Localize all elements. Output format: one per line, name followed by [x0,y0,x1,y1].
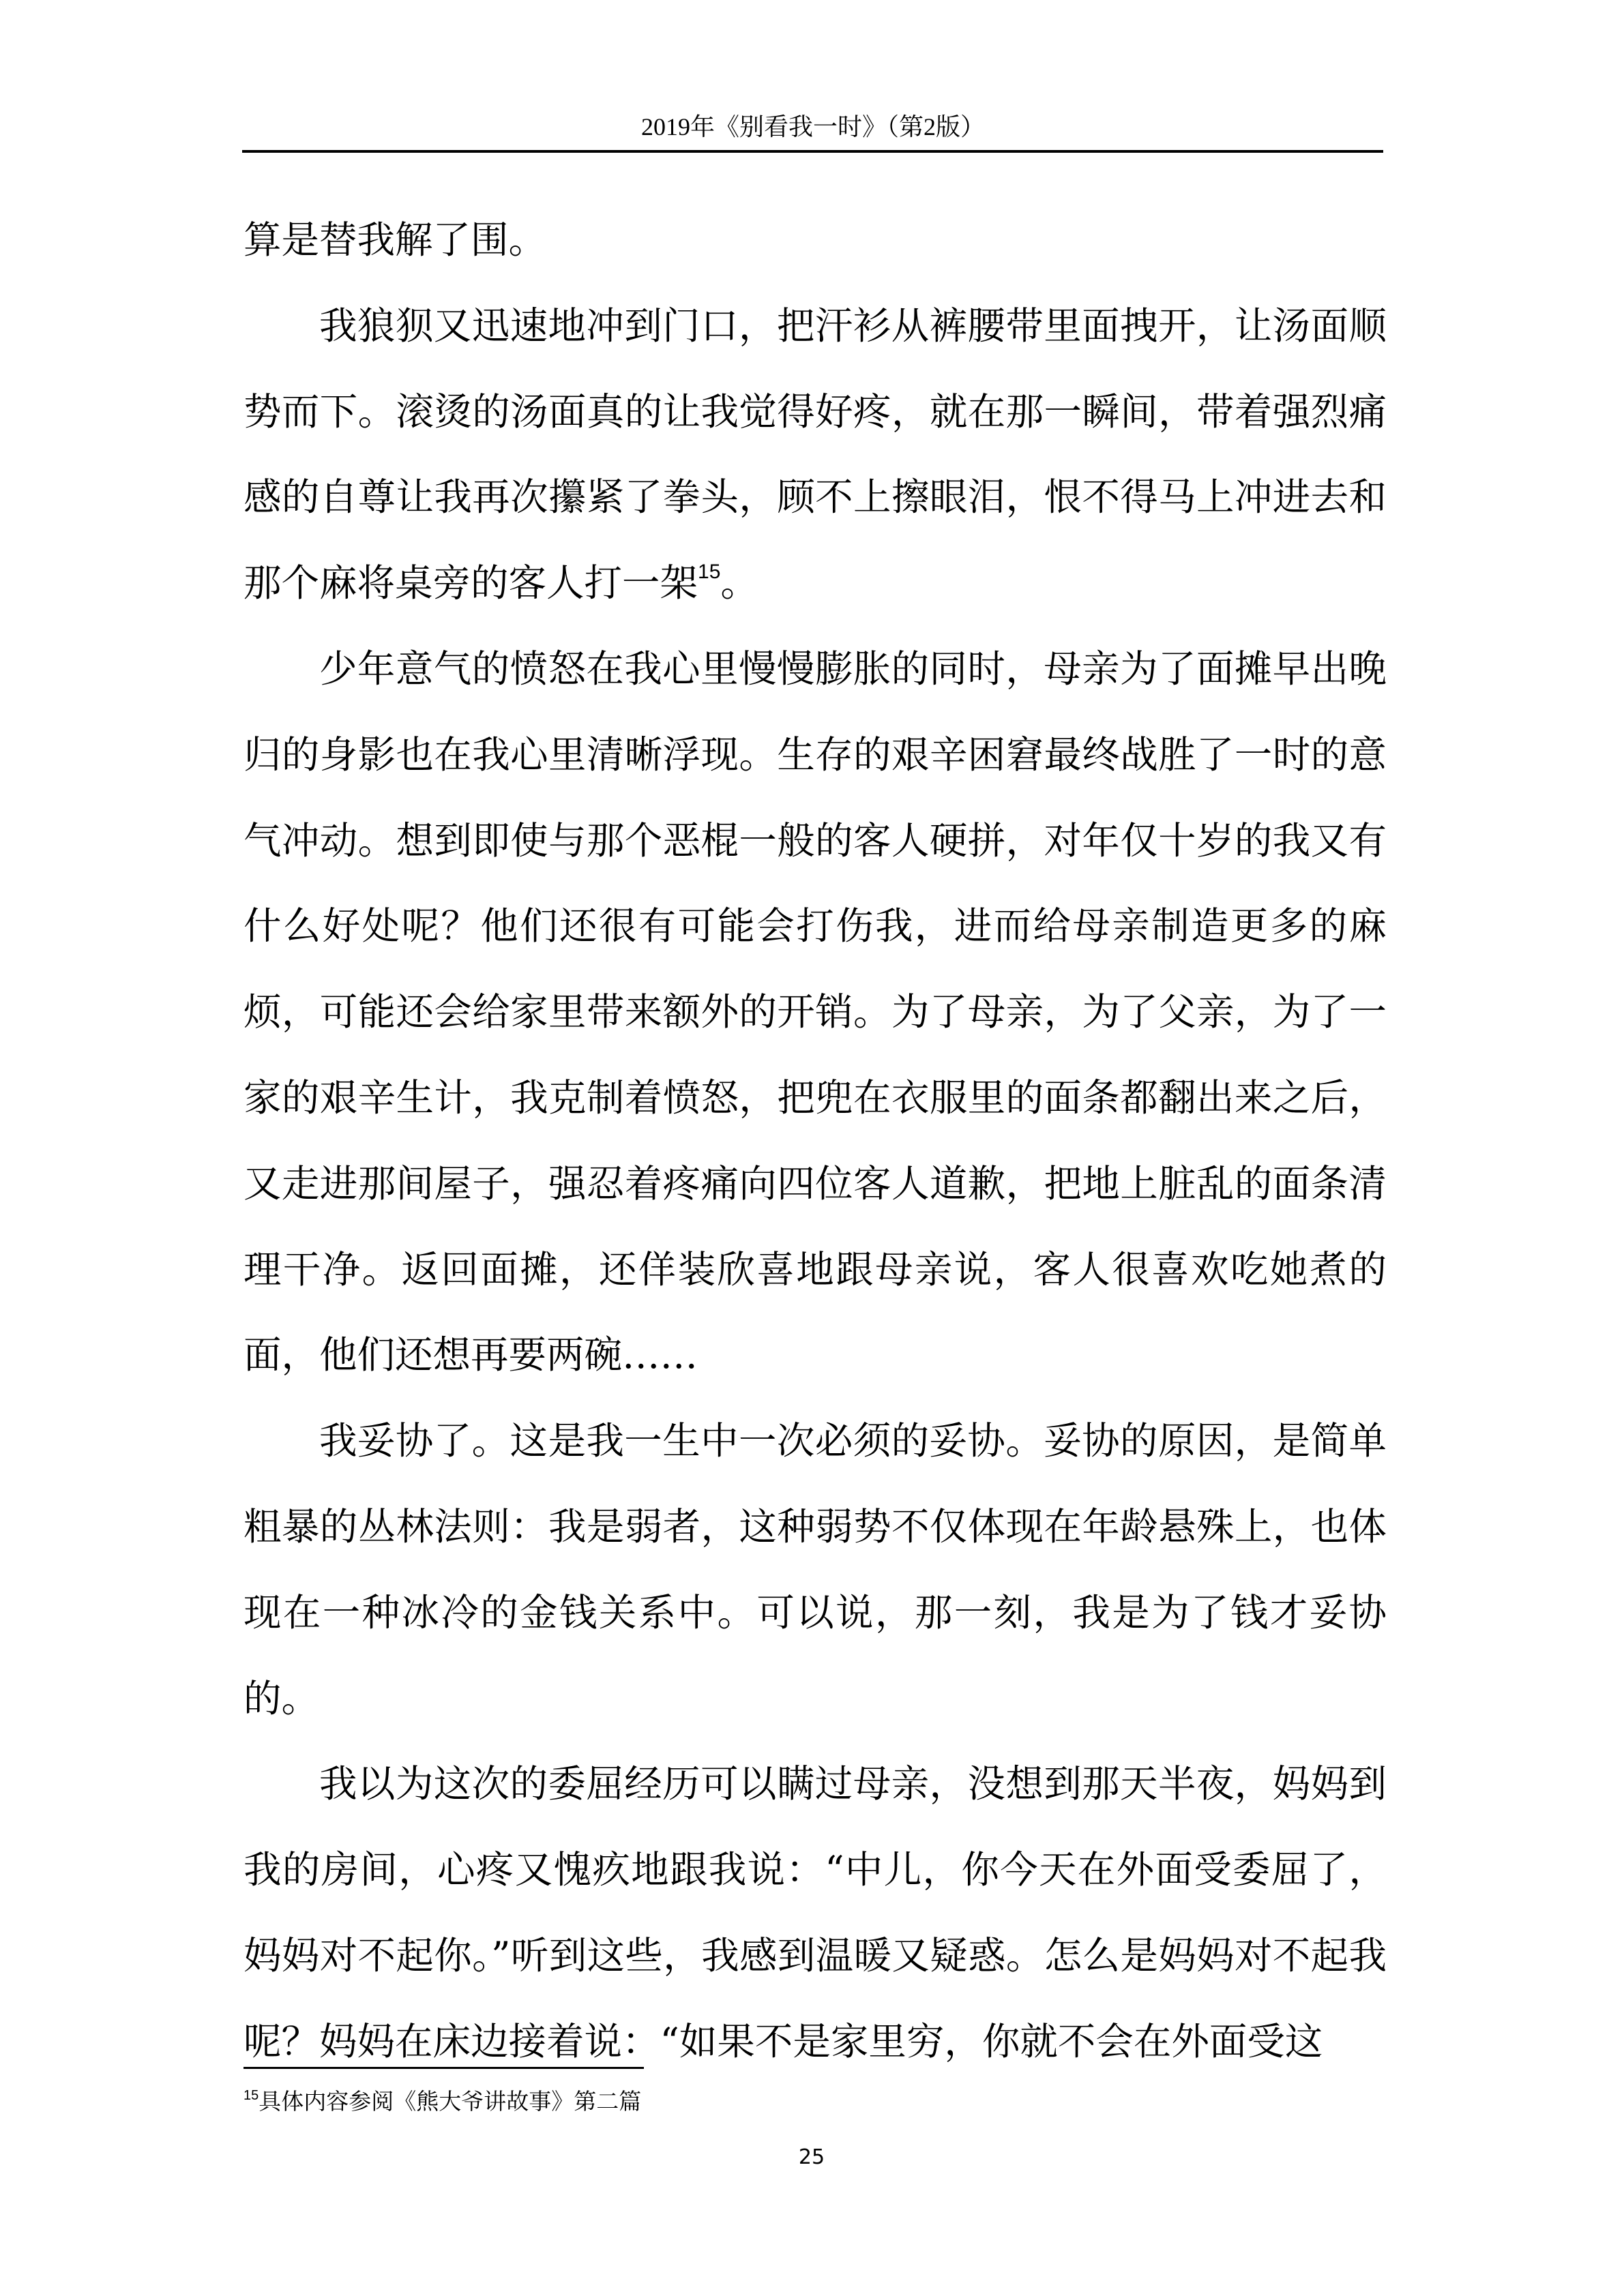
paragraph-1: 算是替我解了围。 [243,198,1387,284]
footnote: 15具体内容参阅《熊大爷讲故事》第二篇 [243,2078,641,2119]
paragraph-4: 我妥协了。这是我一生中一次必须的妥协。妥协的原因，是简单粗暴的丛林法则：我是弱者… [243,1399,1387,1742]
page-number: 25 [778,2145,846,2169]
paragraph-2-tail: 。 [720,561,758,606]
running-header-title: 2019年《别看我一时》（第2版） [243,110,1383,143]
header-divider [242,150,1383,153]
footnote-reference[interactable]: 15 [698,561,720,583]
paragraph-2: 我狼狈又迅速地冲到门口，把汗衫从裤腰带里面拽开，让汤面顺势而下。滚烫的汤面真的让… [243,284,1387,627]
paragraph-5: 我以为这次的委屈经历可以瞒过母亲，没想到那天半夜，妈妈到我的房间，心疼又愧疚地跟… [243,1742,1387,2085]
paragraph-2-text: 我狼狈又迅速地冲到门口，把汗衫从裤腰带里面拽开，让汤面顺势而下。滚烫的汤面真的让… [243,304,1387,606]
footnote-divider [243,2067,644,2069]
paragraph-3: 少年意气的愤怒在我心里慢慢膨胀的同时，母亲为了面摊早出晚归的身影也在我心里清晰浮… [243,627,1387,1399]
body-text: 算是替我解了围。 我狼狈又迅速地冲到门口，把汗衫从裤腰带里面拽开，让汤面顺势而下… [243,198,1387,2085]
footnote-number: 15 [243,2088,259,2103]
footnote-text: 具体内容参阅《熊大爷讲故事》第二篇 [259,2088,641,2115]
